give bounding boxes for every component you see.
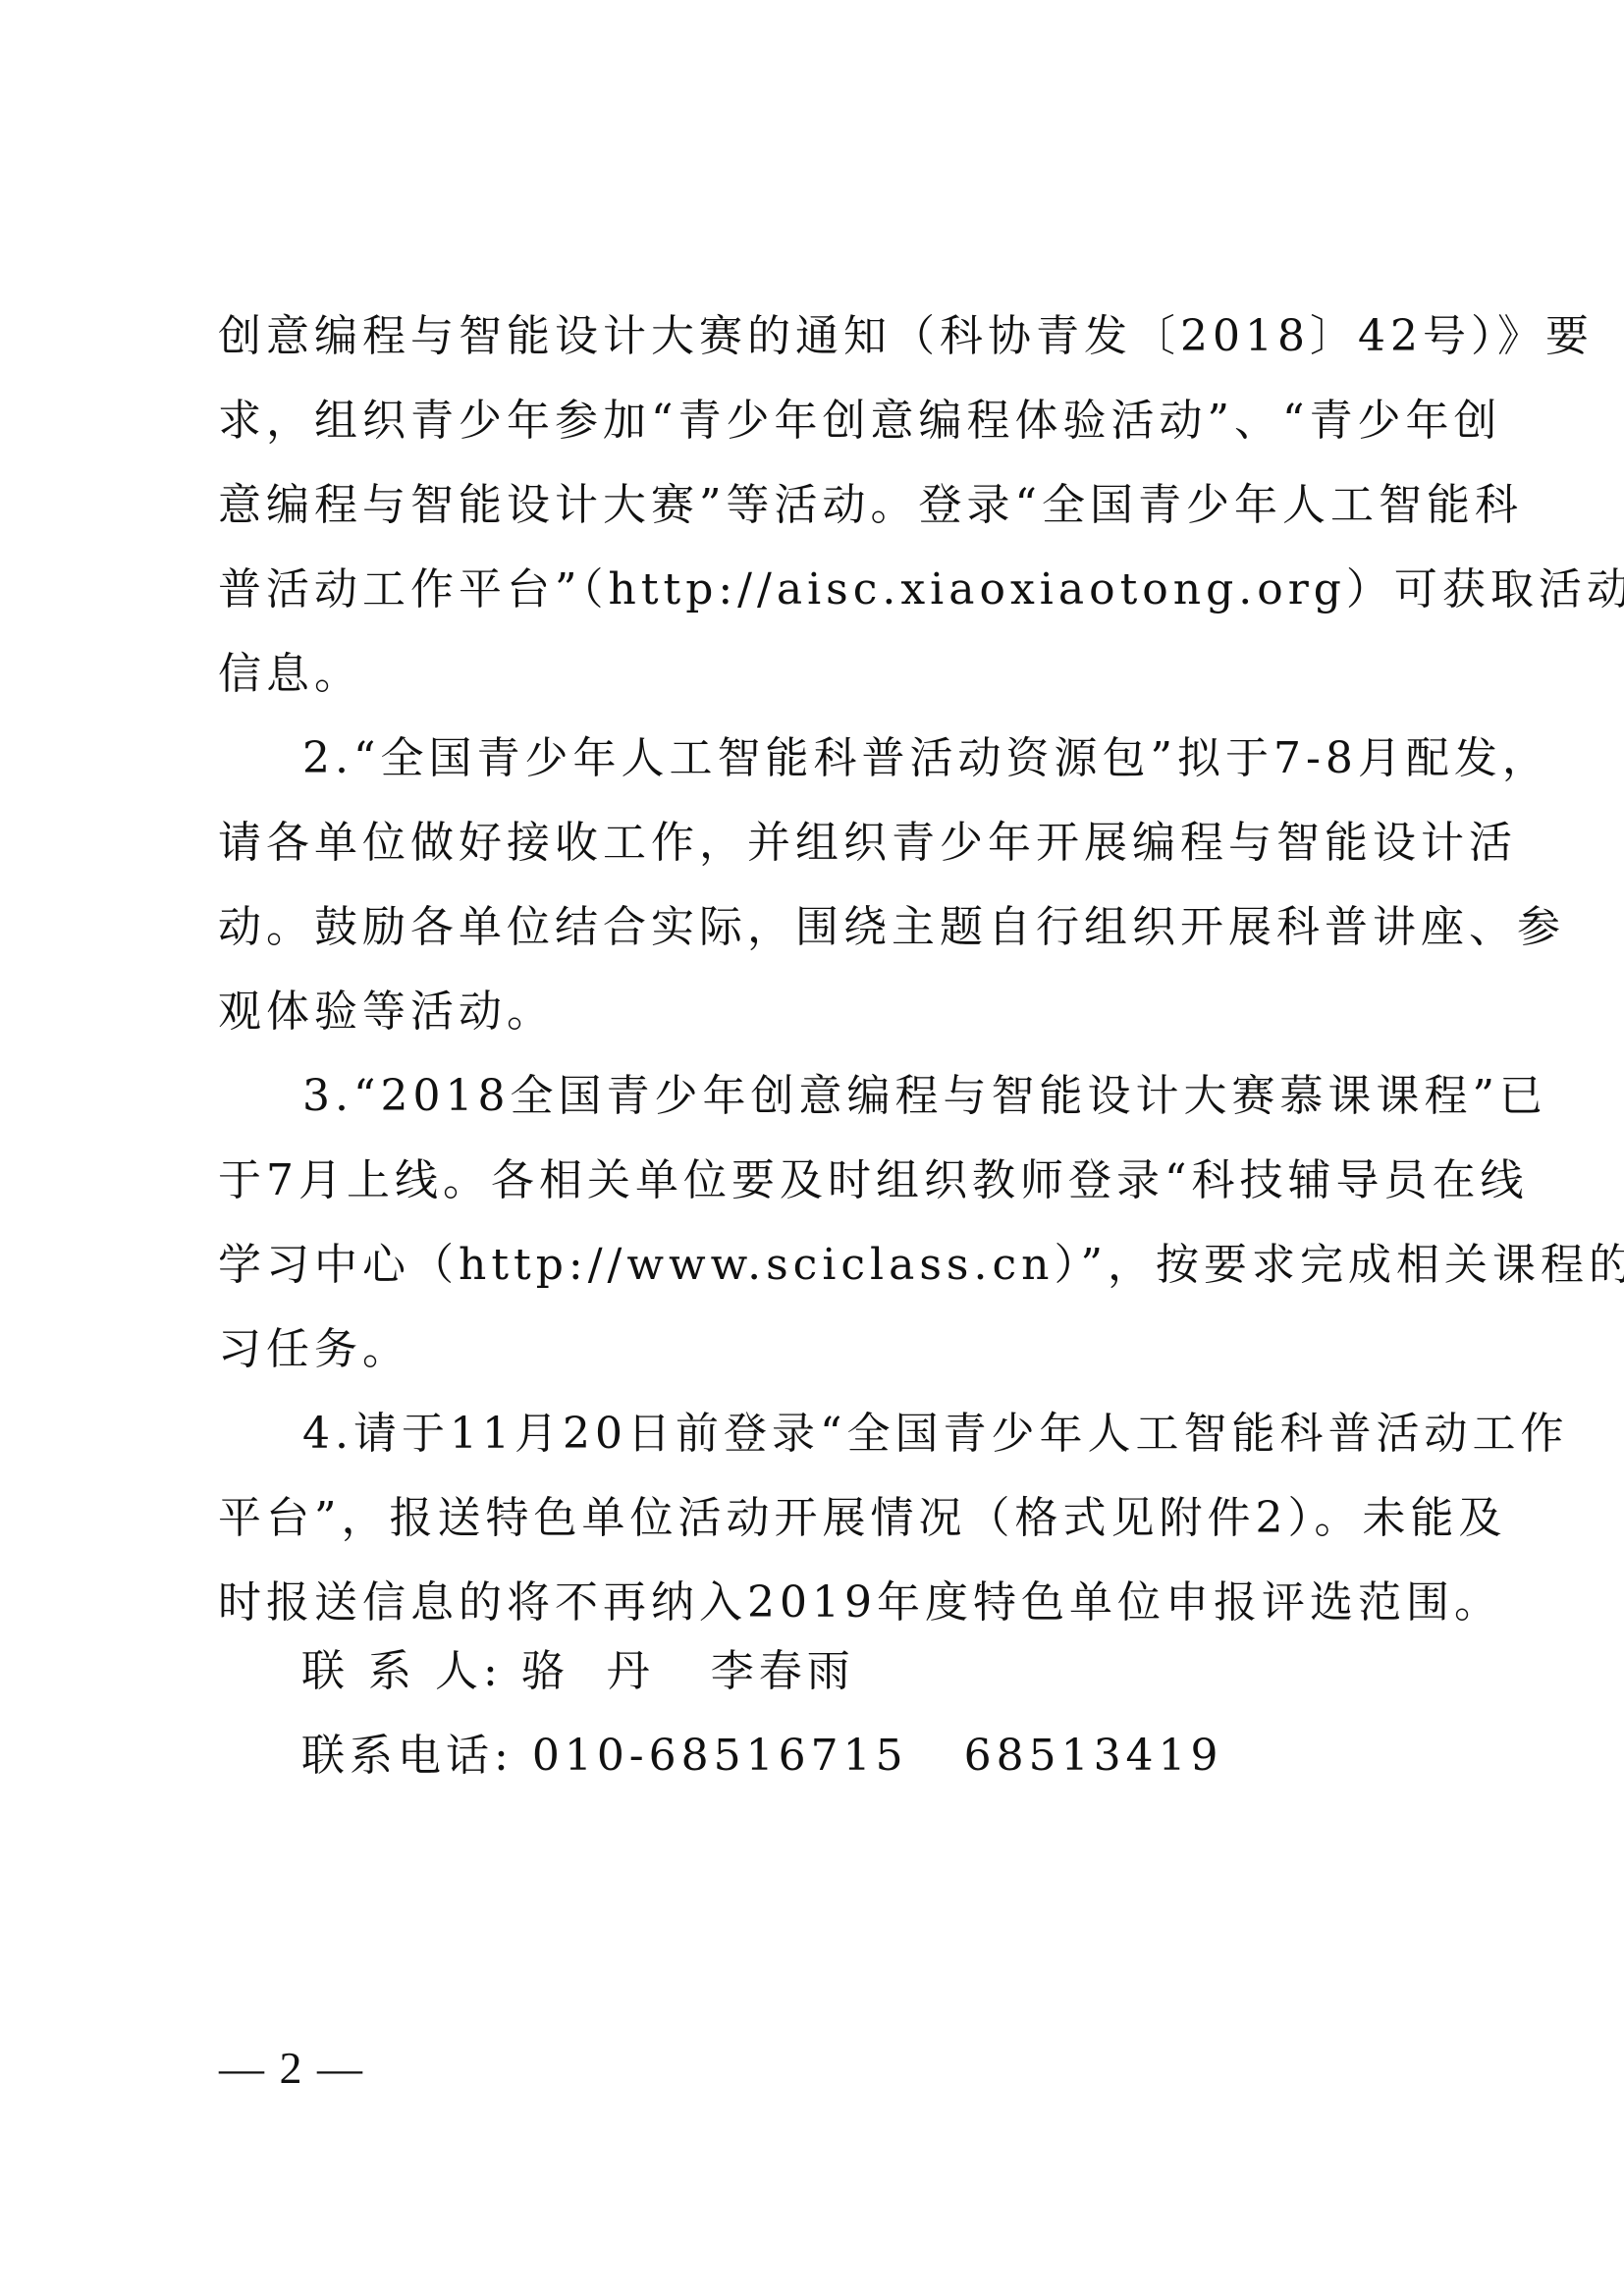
text-line: 创意编程与智能设计大赛的通知（科协青发〔2018〕42号）》要 [218,294,1422,379]
contact-block: 联 系 人: 骆 丹 李春雨 联系电话: 010-68516715 685134… [301,1629,1223,1798]
contact-phone-numbers: 010-68516715 68513419 [532,1731,1223,1781]
text-line: 观体验等活动。 [218,970,1422,1054]
contact-person-label: 联 系 人: [301,1646,503,1696]
text-line: 习任务。 [218,1308,1422,1392]
text-line: 请各单位做好接收工作，并组织青少年开展编程与智能设计活 [218,801,1422,885]
paragraph-1: 创意编程与智能设计大赛的通知（科协青发〔2018〕42号）》要 求，组织青少年参… [218,294,1422,717]
page-number: — 2 — [219,2042,364,2094]
contact-person-names: 骆 丹 李春雨 [521,1646,855,1696]
text-line: 4.请于11月20日前登录“全国青少年人工智能科普活动工作 [218,1392,1422,1476]
text-line: 信息。 [218,632,1422,717]
paragraph-3: 3.“2018全国青少年创意编程与智能设计大赛慕课课程”已 于7月上线。各相关单… [218,1054,1422,1392]
text-line: 求，组织青少年参加“青少年创意编程体验活动”、“青少年创 [218,379,1422,463]
contact-person-row: 联 系 人: 骆 丹 李春雨 [301,1629,1223,1714]
text-line: 动。鼓励各单位结合实际，围绕主题自行组织开展科普讲座、参 [218,885,1422,970]
contact-phone-row: 联系电话: 010-68516715 68513419 [301,1714,1223,1798]
text-line: 平台”，报送特色单位活动开展情况（格式见附件2）。未能及 [218,1476,1422,1561]
text-line: 2.“全国青少年人工智能科普活动资源包”拟于7-8月配发， [218,717,1422,801]
text-line: 3.“2018全国青少年创意编程与智能设计大赛慕课课程”已 [218,1054,1422,1139]
paragraph-2: 2.“全国青少年人工智能科普活动资源包”拟于7-8月配发， 请各单位做好接收工作… [218,717,1422,1054]
text-line-with-url: 学习中心（http://www.sciclass.cn）”，按要求完成相关课程的… [218,1223,1422,1308]
contact-phone-label: 联系电话: [301,1731,514,1781]
text-line: 于7月上线。各相关单位要及时组织教师登录“科技辅导员在线 [218,1139,1422,1223]
text-line: 意编程与智能设计大赛”等活动。登录“全国青少年人工智能科 [218,463,1422,548]
text-line-with-url: 普活动工作平台”（http://aisc.xiaoxiaotong.org）可获… [218,548,1422,632]
paragraph-4: 4.请于11月20日前登录“全国青少年人工智能科普活动工作 平台”，报送特色单位… [218,1392,1422,1645]
document-body: 创意编程与智能设计大赛的通知（科协青发〔2018〕42号）》要 求，组织青少年参… [218,294,1422,1645]
